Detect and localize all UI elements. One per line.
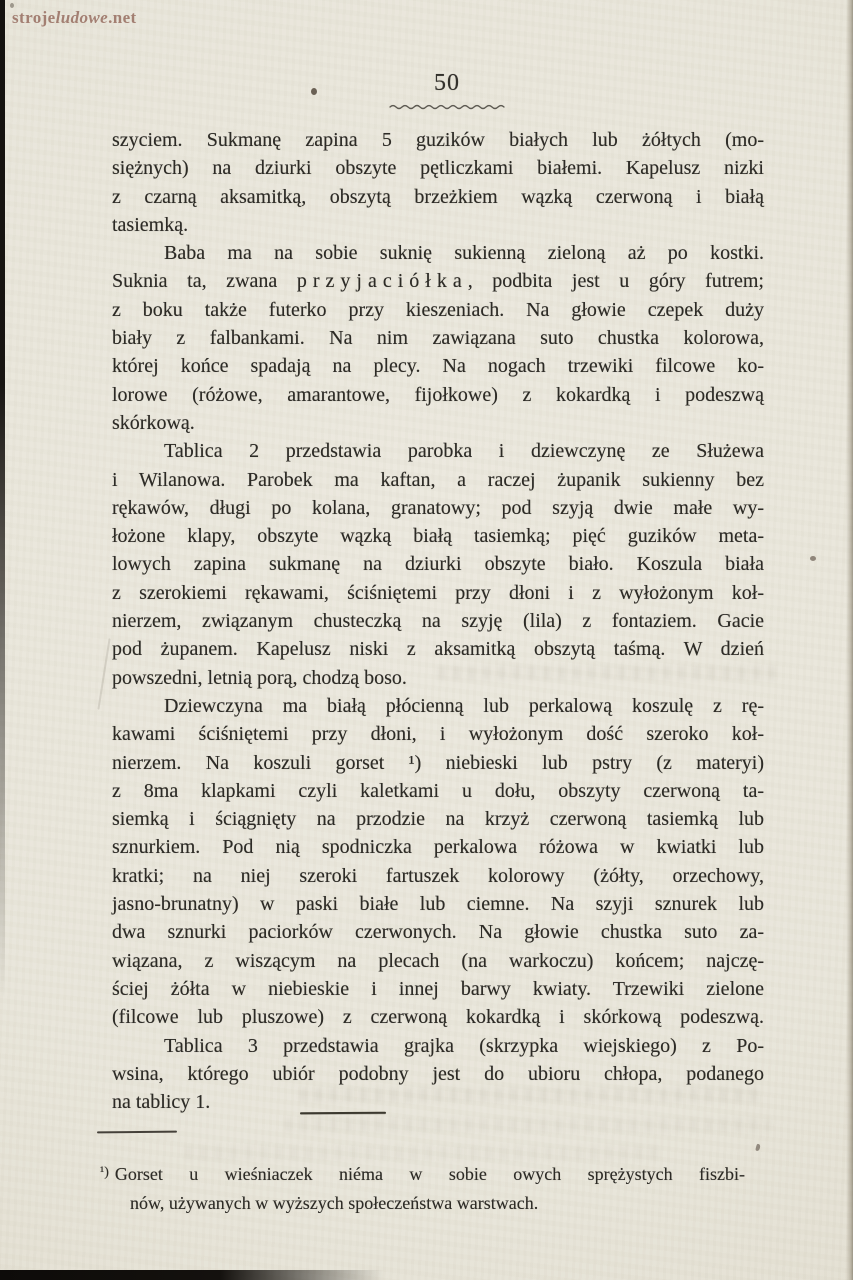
text-line: siemką i ściągnięty na przodzie na krzyż…	[112, 805, 764, 833]
text-line: tasiemką.	[112, 211, 764, 239]
text-line: lowych zapina sukmanę na dziurki obszyte…	[112, 550, 764, 578]
text-line: łożone klapy, obszyte wązką białą tasiem…	[112, 522, 764, 550]
text-line: rękawów, długi po kolana, granatowy; pod…	[112, 494, 764, 522]
text-line: z boku także futerko przy kieszeniach. N…	[112, 296, 764, 324]
text-line: z czarną aksamitką, obszytą brzeżkiem wą…	[112, 183, 764, 211]
ink-speck	[755, 1144, 761, 1152]
text-line: szyciem. Sukmanę zapina 5 guzików białyc…	[112, 126, 764, 154]
scan-edge-bottom-bar	[0, 1270, 400, 1280]
text-line: kratki; na niej szeroki fartuszek koloro…	[112, 862, 764, 890]
text-line: Dziewczyna ma białą płócienną lub perkal…	[112, 692, 764, 720]
text-line: Suknia ta, zwana przyjaciółka, podbita j…	[112, 267, 764, 295]
watermark-part-regular: stroje	[12, 8, 56, 27]
text-line: (filcowe lub pluszowe) z czerwoną kokard…	[112, 1003, 764, 1031]
text-line: siężnych) na dziurki obszyte pętliczkami…	[112, 154, 764, 182]
ink-speck	[311, 88, 317, 95]
text-line: powszedni, letnią porą, chodzą boso.	[112, 664, 764, 692]
text-line: kawami ściśniętemi przy dłoni, i wyłożon…	[112, 720, 764, 748]
text-line: ściej żółta w niebieskie i innej barwy k…	[112, 975, 764, 1003]
scanned-book-page: strojeludowe.net 50 szyciem. Sukmanę zap…	[0, 0, 853, 1280]
text-line: dwa sznurki paciorków czerwonych. Na gło…	[112, 918, 764, 946]
watermark: strojeludowe.net	[12, 8, 137, 28]
scan-edge-right	[846, 0, 853, 1280]
text-line: wsina, którego ubiór podobny jest do ubi…	[112, 1060, 764, 1088]
watermark-part-suffix: .net	[108, 8, 137, 27]
paper-crease	[97, 638, 110, 709]
footnote-line: ¹)Gorset u wieśniaczek niéma w sobie owy…	[100, 1158, 745, 1189]
text-line: wiązana, z wiszącym na plecach (na warko…	[112, 947, 764, 975]
body-text: szyciem. Sukmanę zapina 5 guzików białyc…	[112, 126, 764, 1116]
text-line: biały z falbankami. Na nim zawiązana sut…	[112, 324, 764, 352]
text-line: jasno-brunatny) w paski białe lub ciemne…	[112, 890, 764, 918]
text-line: Baba ma na sobie suknię sukienną zieloną…	[112, 239, 764, 267]
text-line: nierzem, związanym chusteczką na szyję (…	[112, 607, 764, 635]
footnote-line: nów, używanych w wyższych społeczeństwa …	[100, 1189, 745, 1218]
page-number-underline-squiggle	[388, 102, 506, 111]
watermark-part-italic: ludowe	[56, 8, 108, 27]
scan-edge-left	[0, 0, 5, 1280]
ink-speck	[810, 556, 816, 561]
ink-speck	[10, 3, 14, 8]
bleedthrough-smudge	[285, 1118, 770, 1132]
text-line: nierzem. Na koszuli gorset ¹) niebieski …	[112, 749, 764, 777]
page-number: 50	[388, 70, 506, 97]
text-line: z 8ma klapkami czyli kaletkami u dołu, o…	[112, 777, 764, 805]
text-line: której końce spadają na plecy. Na nogach…	[112, 352, 764, 380]
footnote-marker: ¹)	[100, 1165, 109, 1180]
text-line: i Wilanowa. Parobek ma kaftan, a raczej …	[112, 466, 764, 494]
text-line: sznurkiem. Pod nią spodniczka perkalowa …	[112, 833, 764, 861]
footnote-separator-rule	[97, 1131, 177, 1134]
text-line: skórkową.	[112, 409, 764, 437]
footnote: ¹)Gorset u wieśniaczek niéma w sobie owy…	[100, 1158, 745, 1218]
text-line: z szerokiemi rękawami, ściśniętemi przy …	[112, 579, 764, 607]
text-line: lorowe (różowe, amarantowe, fijołkowe) z…	[112, 381, 764, 409]
text-line: pod żupanem. Kapelusz niski z aksamitką …	[112, 635, 764, 663]
text-line: Tablica 3 przedstawia grajka (skrzypka w…	[112, 1032, 764, 1060]
text-line: Tablica 2 przedstawia parobka i dziewczy…	[112, 437, 764, 465]
letterspaced-term: przyjaciółka	[297, 270, 468, 292]
text-line: na tablicy 1.	[112, 1088, 764, 1116]
